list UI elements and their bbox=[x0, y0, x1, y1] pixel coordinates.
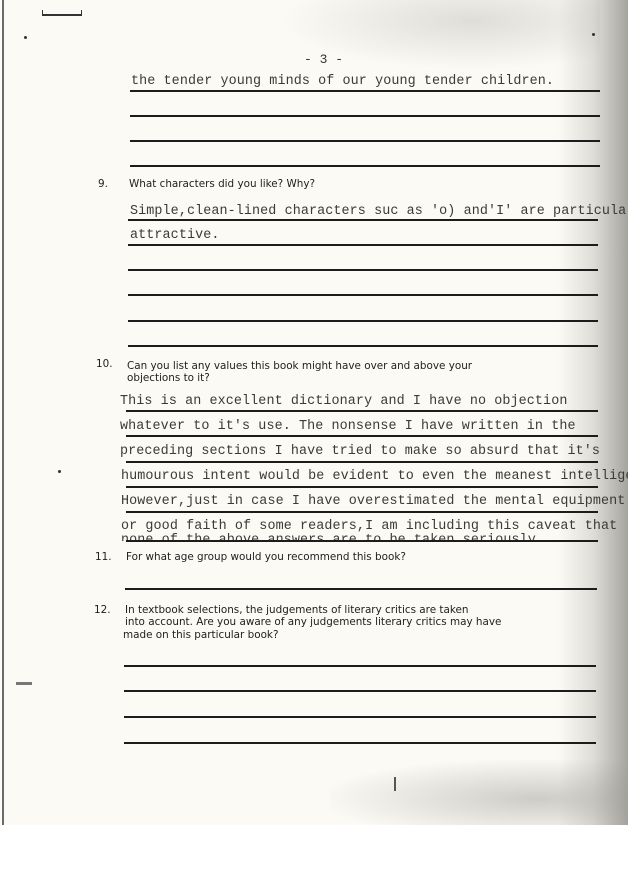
answer-rule bbox=[126, 486, 598, 488]
answer-rule bbox=[128, 244, 598, 246]
answer-rule bbox=[125, 588, 597, 590]
scanned-page: - 3 - the tender young minds of our youn… bbox=[0, 0, 628, 825]
answer-line: Simple,clean-lined characters suc as 'o)… bbox=[130, 204, 628, 219]
question-number: 12. bbox=[94, 604, 111, 616]
answer-rule bbox=[128, 294, 598, 296]
scan-shadow-right bbox=[558, 0, 628, 825]
answer-line: attractive. bbox=[130, 228, 220, 243]
question-text: into account. Are you aware of any judge… bbox=[125, 616, 501, 629]
question-text: Can you list any values this book might … bbox=[127, 360, 472, 373]
question-text: What characters did you like? Why? bbox=[129, 178, 315, 191]
page-number: - 3 - bbox=[304, 52, 343, 67]
answer-rule bbox=[128, 345, 598, 347]
question-number: 10. bbox=[96, 358, 113, 370]
answer-rule bbox=[126, 410, 598, 412]
scan-shadow-bottom bbox=[330, 760, 628, 825]
answer-line: humourous intent would be evident to eve… bbox=[121, 469, 628, 484]
answer-rule bbox=[126, 461, 598, 463]
question-number: 9. bbox=[98, 178, 108, 190]
question-text: For what age group would you recommend t… bbox=[126, 551, 406, 564]
answer-line: However,just in case I have overestimate… bbox=[121, 494, 625, 509]
answer-line: preceding sections I have tried to make … bbox=[120, 444, 600, 459]
page-edge-line bbox=[2, 0, 4, 825]
answer-rule bbox=[128, 320, 598, 322]
speck bbox=[592, 33, 595, 36]
answer-rule bbox=[128, 269, 598, 271]
answer-line: whatever to it's use. The nonsense I hav… bbox=[120, 419, 576, 434]
answer-line: This is an excellent dictionary and I ha… bbox=[120, 394, 567, 409]
answer-rule bbox=[126, 435, 598, 437]
answer-line: or good faith of some readers,I am inclu… bbox=[121, 519, 617, 534]
speck bbox=[24, 36, 27, 39]
question-text: objections to it? bbox=[127, 372, 210, 385]
corner-bracket-mark bbox=[42, 10, 82, 16]
stray-mark bbox=[16, 682, 32, 685]
question-number: 11. bbox=[95, 551, 112, 563]
question-text: In textbook selections, the judgements o… bbox=[125, 604, 468, 617]
answer-rule bbox=[126, 540, 598, 542]
speck bbox=[58, 470, 61, 473]
answer-rule bbox=[124, 665, 596, 667]
answer-rule bbox=[124, 742, 596, 744]
answer-rule bbox=[128, 219, 598, 221]
answer-rule bbox=[130, 140, 600, 142]
stray-mark bbox=[394, 777, 396, 791]
answer-line: the tender young minds of our young tend… bbox=[131, 74, 554, 89]
answer-rule bbox=[124, 690, 596, 692]
answer-rule bbox=[124, 716, 596, 718]
answer-rule bbox=[130, 115, 600, 117]
answer-rule bbox=[130, 165, 600, 167]
answer-rule bbox=[126, 511, 598, 513]
answer-rule bbox=[130, 90, 600, 92]
question-text: made on this particular book? bbox=[123, 629, 278, 642]
